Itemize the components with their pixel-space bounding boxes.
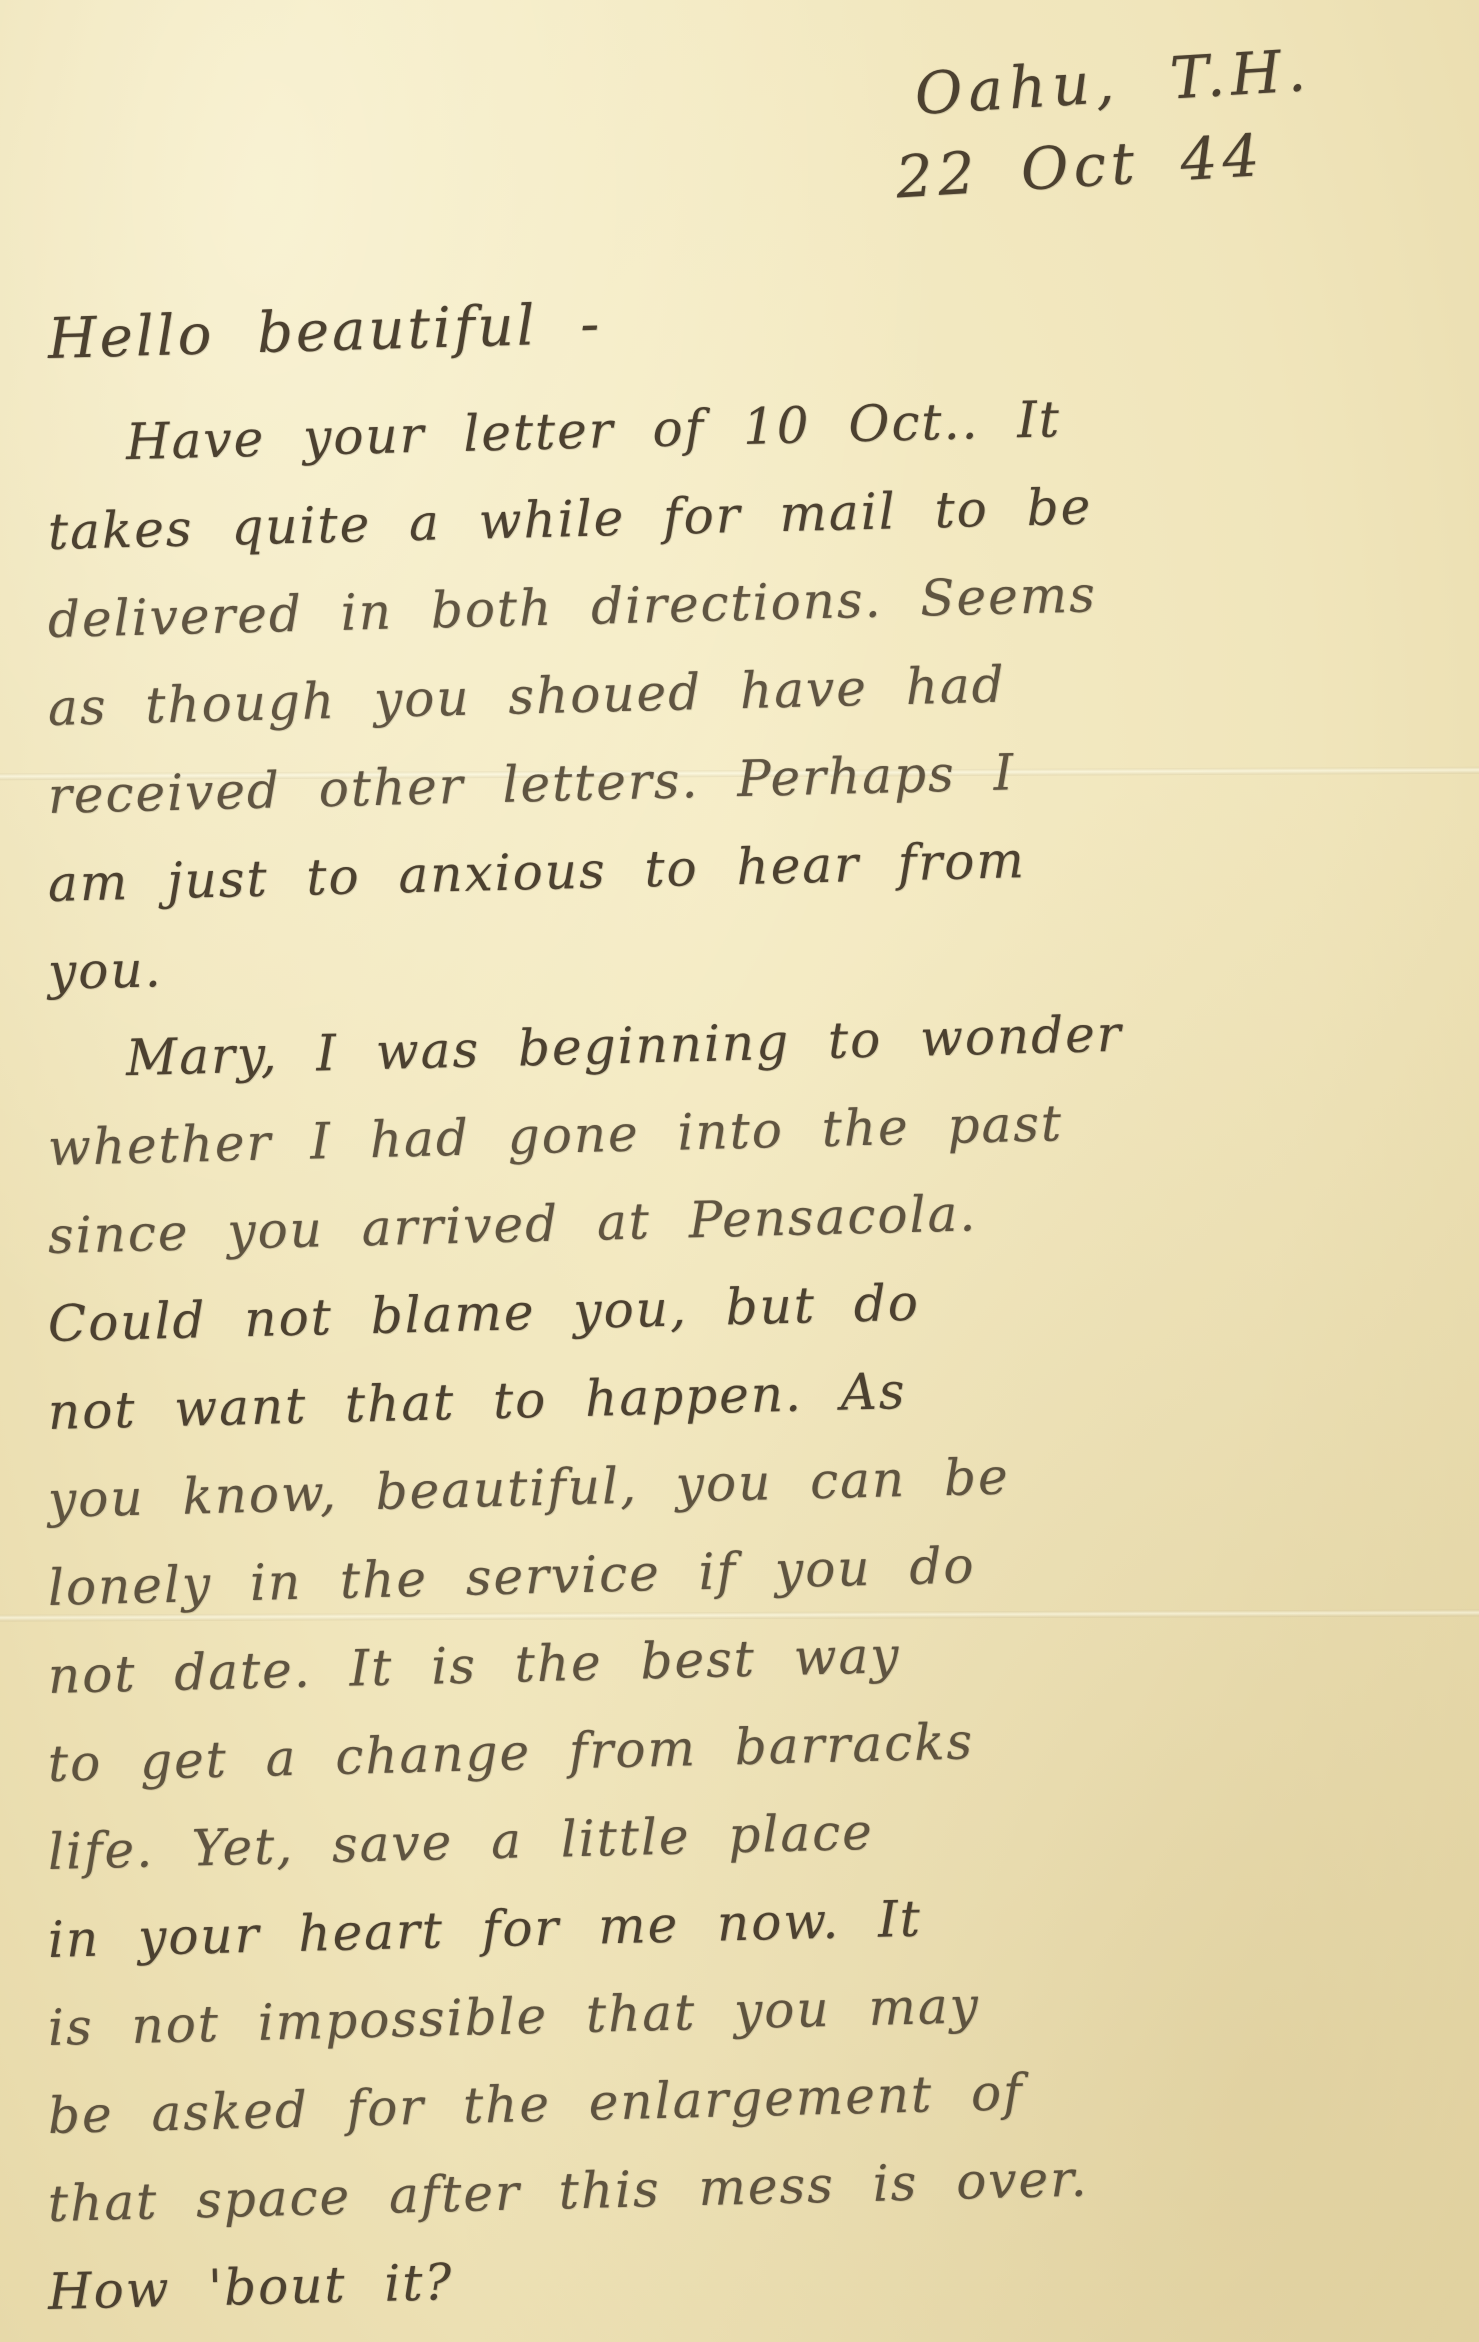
dateline-date: 22 Oct 44 <box>894 118 1319 212</box>
letter-page: Oahu, T.H. 22 Oct 44 Hello beautiful - H… <box>0 0 1479 2342</box>
letter-body: Hello beautiful - Have your letter of 10… <box>48 292 1449 2336</box>
dateline-location: Oahu, T.H. <box>912 36 1313 128</box>
dateline: Oahu, T.H. 22 Oct 44 <box>912 36 1318 210</box>
